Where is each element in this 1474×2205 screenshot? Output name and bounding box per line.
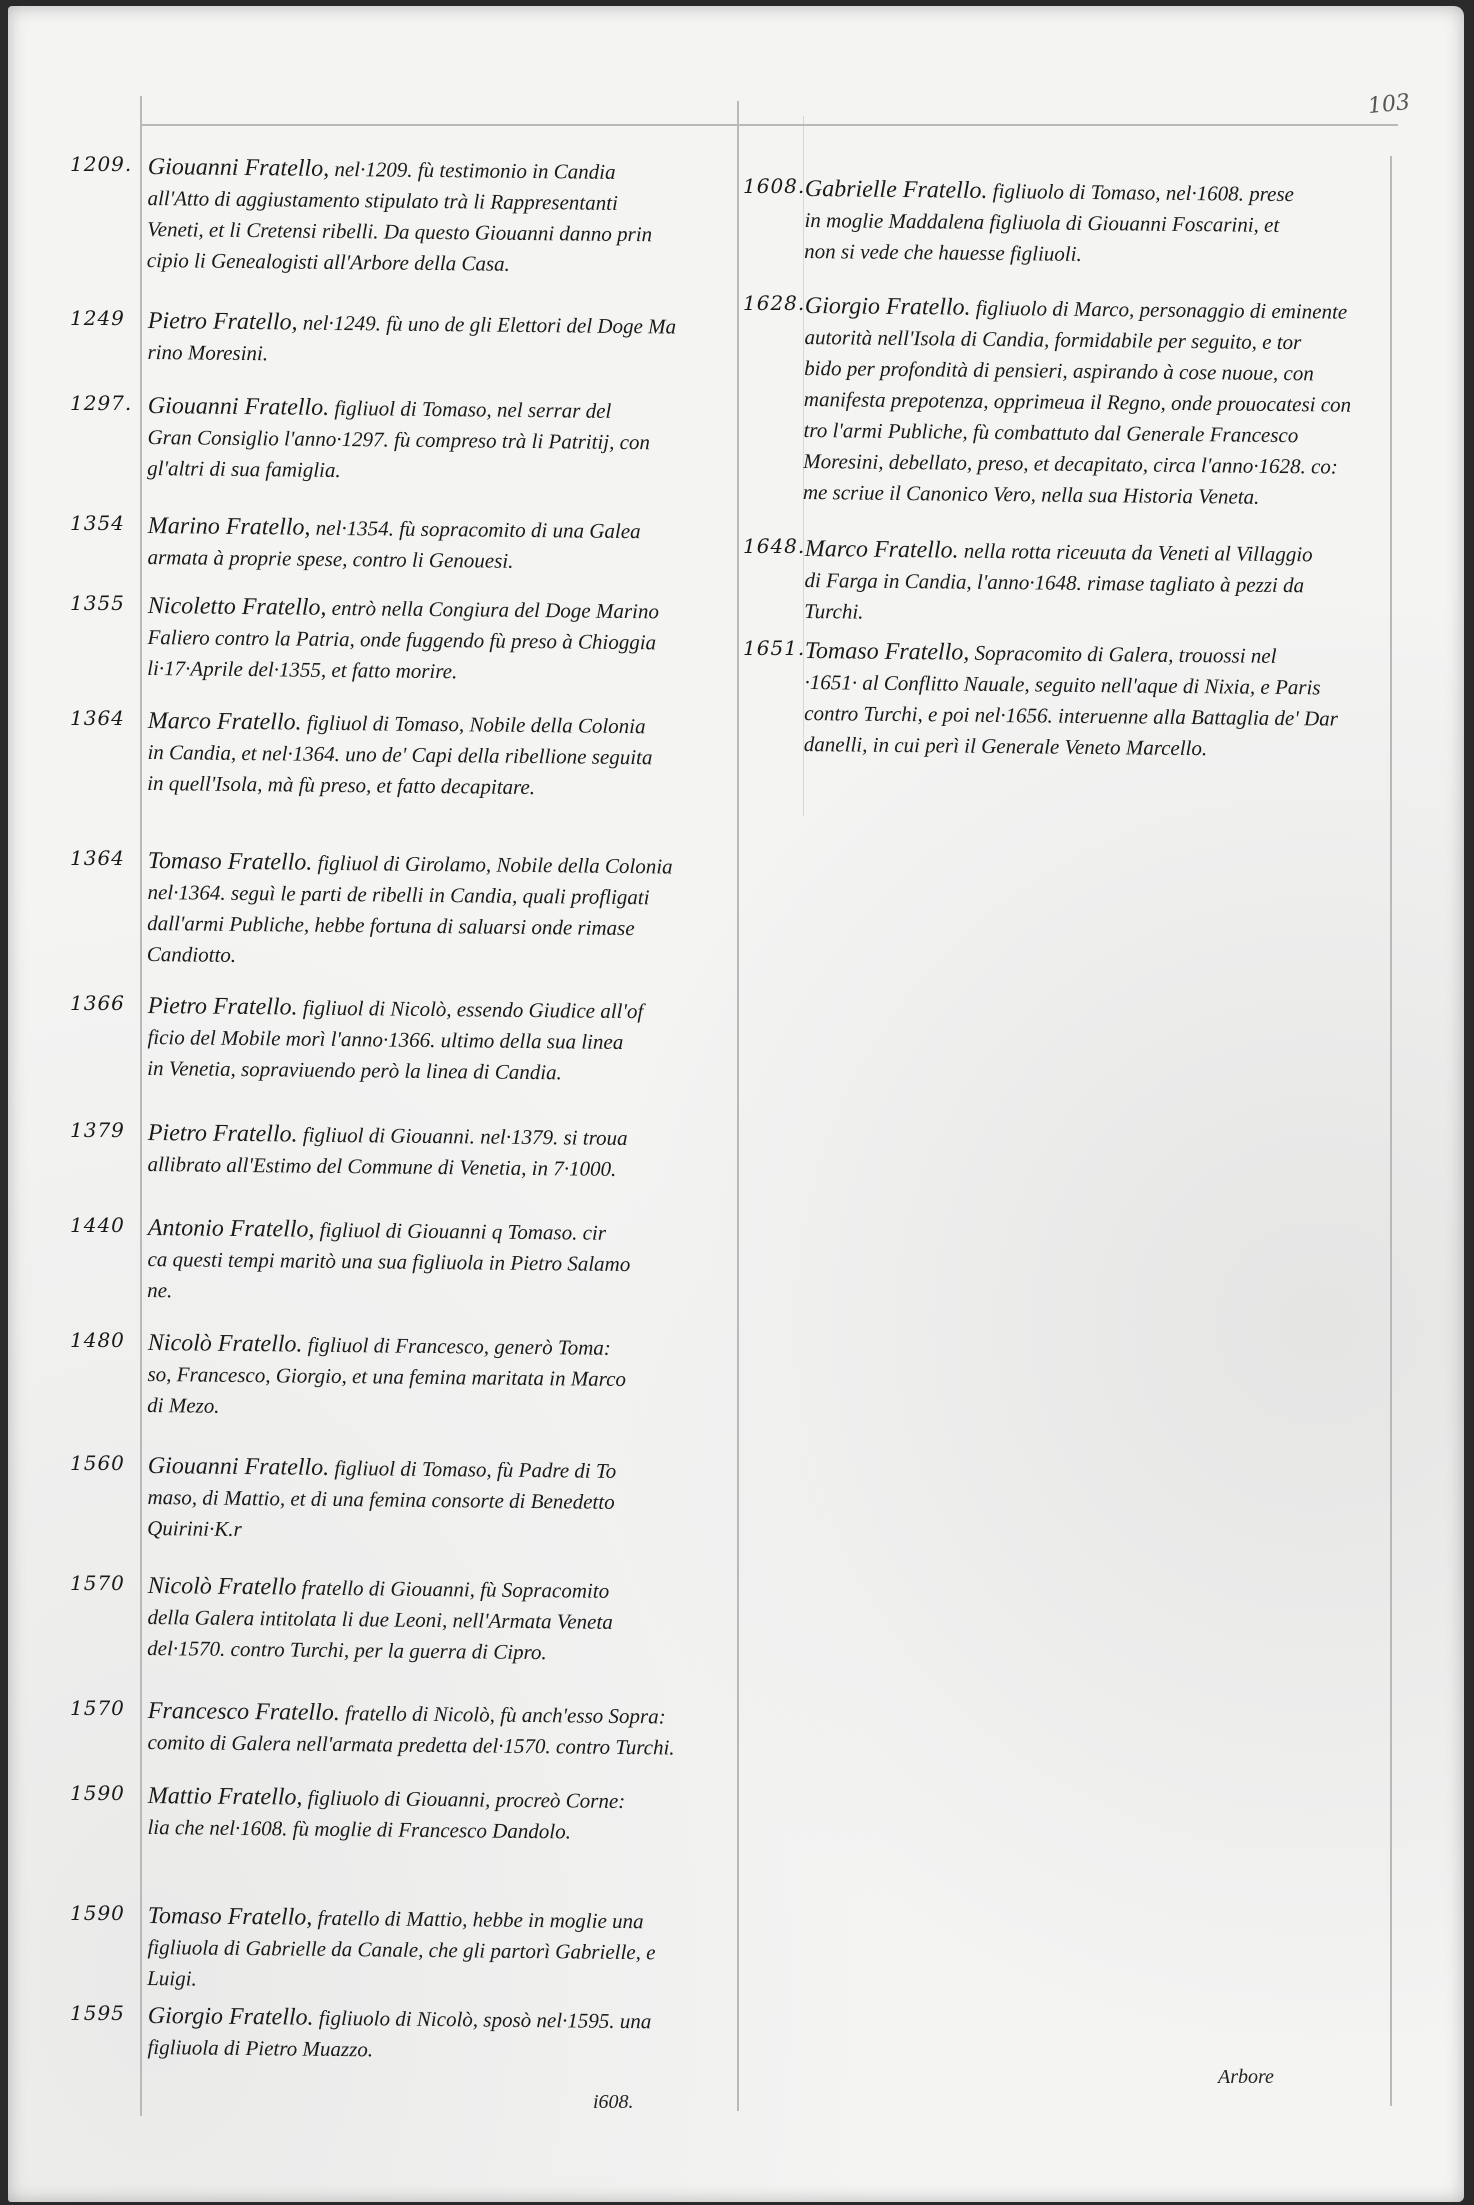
entry-year: 1560 (70, 1451, 125, 1475)
entry-line: me scriue il Canonico Vero, nella sua Hi… (803, 477, 1393, 514)
entry-line: lia che nel·1608. fù moglie di Francesco… (147, 1812, 727, 1849)
entry-person-name: Marco Fratello. (148, 708, 302, 736)
entry-line: di Mezo. (147, 1390, 727, 1427)
entry-person-name: Nicoletto Fratello, (148, 593, 327, 621)
entry-year: 1249 (70, 306, 125, 330)
entry-line: danelli, in cui perì il Generale Veneto … (804, 729, 1394, 766)
entry-person-name: Tomaso Fratello. (148, 848, 313, 876)
entry-year: 1355 (70, 591, 125, 615)
entry-line: figliuola di Gabrielle da Canale, che gl… (147, 1932, 727, 1969)
entry-year: 1480 (70, 1328, 125, 1352)
entry-line: nel·1209. fù testimonio in Candia (334, 157, 615, 184)
entry-year: 1440 (70, 1213, 125, 1237)
entry-person-name: Pietro Fratello. (148, 993, 298, 1021)
entry-line: Turchi. (804, 596, 1394, 633)
entry-person-name: Pietro Fratello, (148, 308, 298, 336)
entry-line: figliuola di Pietro Muazzo. (147, 2032, 727, 2069)
entry-person-name: Marino Fratello, (148, 513, 311, 541)
entry-person-name: Francesco Fratello. (148, 1698, 340, 1726)
entry-line: di Farga in Candia, l'anno·1648. rimase … (804, 565, 1394, 602)
catchword-left: i608. (593, 2091, 634, 2114)
entry-line: cipio li Genealogisti all'Arbore della C… (147, 245, 727, 282)
entry-line: figliuol di Giouanni q Tomaso. cir (320, 1218, 607, 1245)
entry-line: figliuolo di Tomaso, nel·1608. prese (993, 179, 1294, 206)
entry-year: 1379 (70, 1118, 125, 1142)
entry-person-name: Giorgio Fratello. (805, 293, 971, 321)
entry-line: figliuol di Nicolò, essendo Giudice all'… (303, 996, 644, 1024)
entry-year: 1364 (70, 706, 125, 730)
entry-year: 1590 (70, 1781, 125, 1805)
entry-year: 1628. (743, 291, 805, 315)
entry-person-name: Pietro Fratello. (148, 1120, 298, 1148)
entry-line: ca questi tempi maritò una sua figliuola… (147, 1244, 727, 1281)
entry-person-name: Marco Fratello. (805, 536, 959, 564)
left-margin-rule (140, 96, 142, 2116)
entry-line: armata à proprie spese, contro li Genoue… (147, 542, 727, 579)
entry-line: ne. (147, 1275, 727, 1312)
entry-line: nella rotta riceuuta da Veneti al Villag… (964, 539, 1313, 567)
entry-line: Sopracomito di Galera, trouossi nel (974, 641, 1276, 668)
entry-line: figliuol di Girolamo, Nobile della Colon… (317, 851, 672, 879)
entry-line: comito di Galera nell'armata predetta de… (147, 1727, 727, 1764)
entry-line: figliuolo di Nicolò, sposò nel·1595. una (319, 2006, 652, 2033)
entry-line: figliuolo di Giouanni, procreò Corne: (308, 1786, 626, 1813)
entry-year: 1608. (743, 174, 805, 198)
entry-line: in quell'Isola, mà fù preso, et fatto de… (147, 768, 727, 805)
entry-year: 1364 (70, 846, 125, 870)
center-divider-rule (737, 101, 739, 2111)
entry-person-name: Giouanni Fratello, (148, 154, 330, 182)
entry-person-name: Giorgio Fratello. (148, 2003, 314, 2031)
entry-line: fratello di Mattio, hebbe in moglie una (317, 1906, 643, 1933)
entry-year: 1570 (70, 1571, 125, 1595)
entry-line: del·1570. contro Turchi, per la guerra d… (147, 1633, 727, 1670)
entry-line: figliuol di Tomaso, nel serrar del (334, 396, 611, 423)
entry-year: 1648. (743, 534, 805, 558)
entry-line: li·17·Aprile del·1355, et fatto morire. (147, 653, 727, 690)
entry-line: gl'altri di sua famiglia. (147, 453, 727, 490)
entry-person-name: Antonio Fratello, (148, 1215, 315, 1243)
header-rule (140, 124, 1398, 126)
entry-person-name: Tomaso Fratello, (805, 638, 970, 666)
entry-line: nel·1249. fù uno de gli Elettori del Dog… (303, 311, 677, 339)
entry-line: rino Moresini. (147, 337, 727, 374)
entry-person-name: Giouanni Fratello. (148, 393, 330, 421)
entry-year: 1209. (70, 152, 132, 176)
entry-line: figliuol di Tomaso, Nobile della Colonia (307, 711, 646, 739)
entry-line: allibrato all'Estimo del Commune di Vene… (147, 1149, 727, 1186)
entry-line: Luigi. (147, 1963, 727, 2000)
catchword-right: Arbore (1218, 2066, 1274, 2089)
entry-line: figliuol di Tomaso, fù Padre di To (334, 1456, 616, 1483)
entry-line: fratello di Nicolò, fù anch'esso Sopra: (345, 1701, 666, 1728)
entry-line: entrò nella Congiura del Doge Marino (332, 596, 659, 623)
entry-line: so, Francesco, Giorgio, et una femina ma… (147, 1359, 727, 1396)
entry-line: non si vede che hauesse figliuoli. (804, 236, 1394, 273)
entry-person-name: Gabrielle Fratello. (805, 176, 988, 204)
entry-person-name: Nicolò Fratello (148, 1573, 297, 1601)
entry-year: 1366 (70, 991, 125, 1015)
entry-year: 1297. (70, 391, 132, 415)
entry-line: Candiotto. (147, 939, 727, 976)
entry-line: Quirini·K.r (147, 1513, 727, 1550)
entry-line: nel·1354. fù sopracomito di una Galea (316, 516, 641, 543)
entry-line: figliuol di Giouanni. nel·1379. si troua (303, 1123, 628, 1150)
entry-person-name: Giouanni Fratello. (148, 1453, 330, 1481)
manuscript-page: 103 1209.Giouanni Fratello, nel·1209. fù… (8, 6, 1464, 2202)
entry-line: in Venetia, sopraviuendo però la linea d… (147, 1053, 727, 1090)
entry-year: 1570 (70, 1696, 125, 1720)
entry-line: fratello di Giouanni, fù Sopracomito (302, 1576, 610, 1603)
entry-year: 1354 (70, 511, 125, 535)
entry-line: figliuolo di Marco, personaggio di emine… (976, 296, 1348, 324)
entry-year: 1651. (743, 636, 805, 660)
folio-number: 103 (1367, 90, 1411, 119)
entry-line: figliuol di Francesco, generò Toma: (308, 1333, 611, 1360)
entry-person-name: Mattio Fratello, (148, 1783, 303, 1811)
entry-person-name: Nicolò Fratello. (148, 1330, 303, 1358)
entry-year: 1595 (70, 2001, 125, 2025)
entry-year: 1590 (70, 1901, 125, 1925)
entry-person-name: Tomaso Fratello, (148, 1903, 313, 1931)
